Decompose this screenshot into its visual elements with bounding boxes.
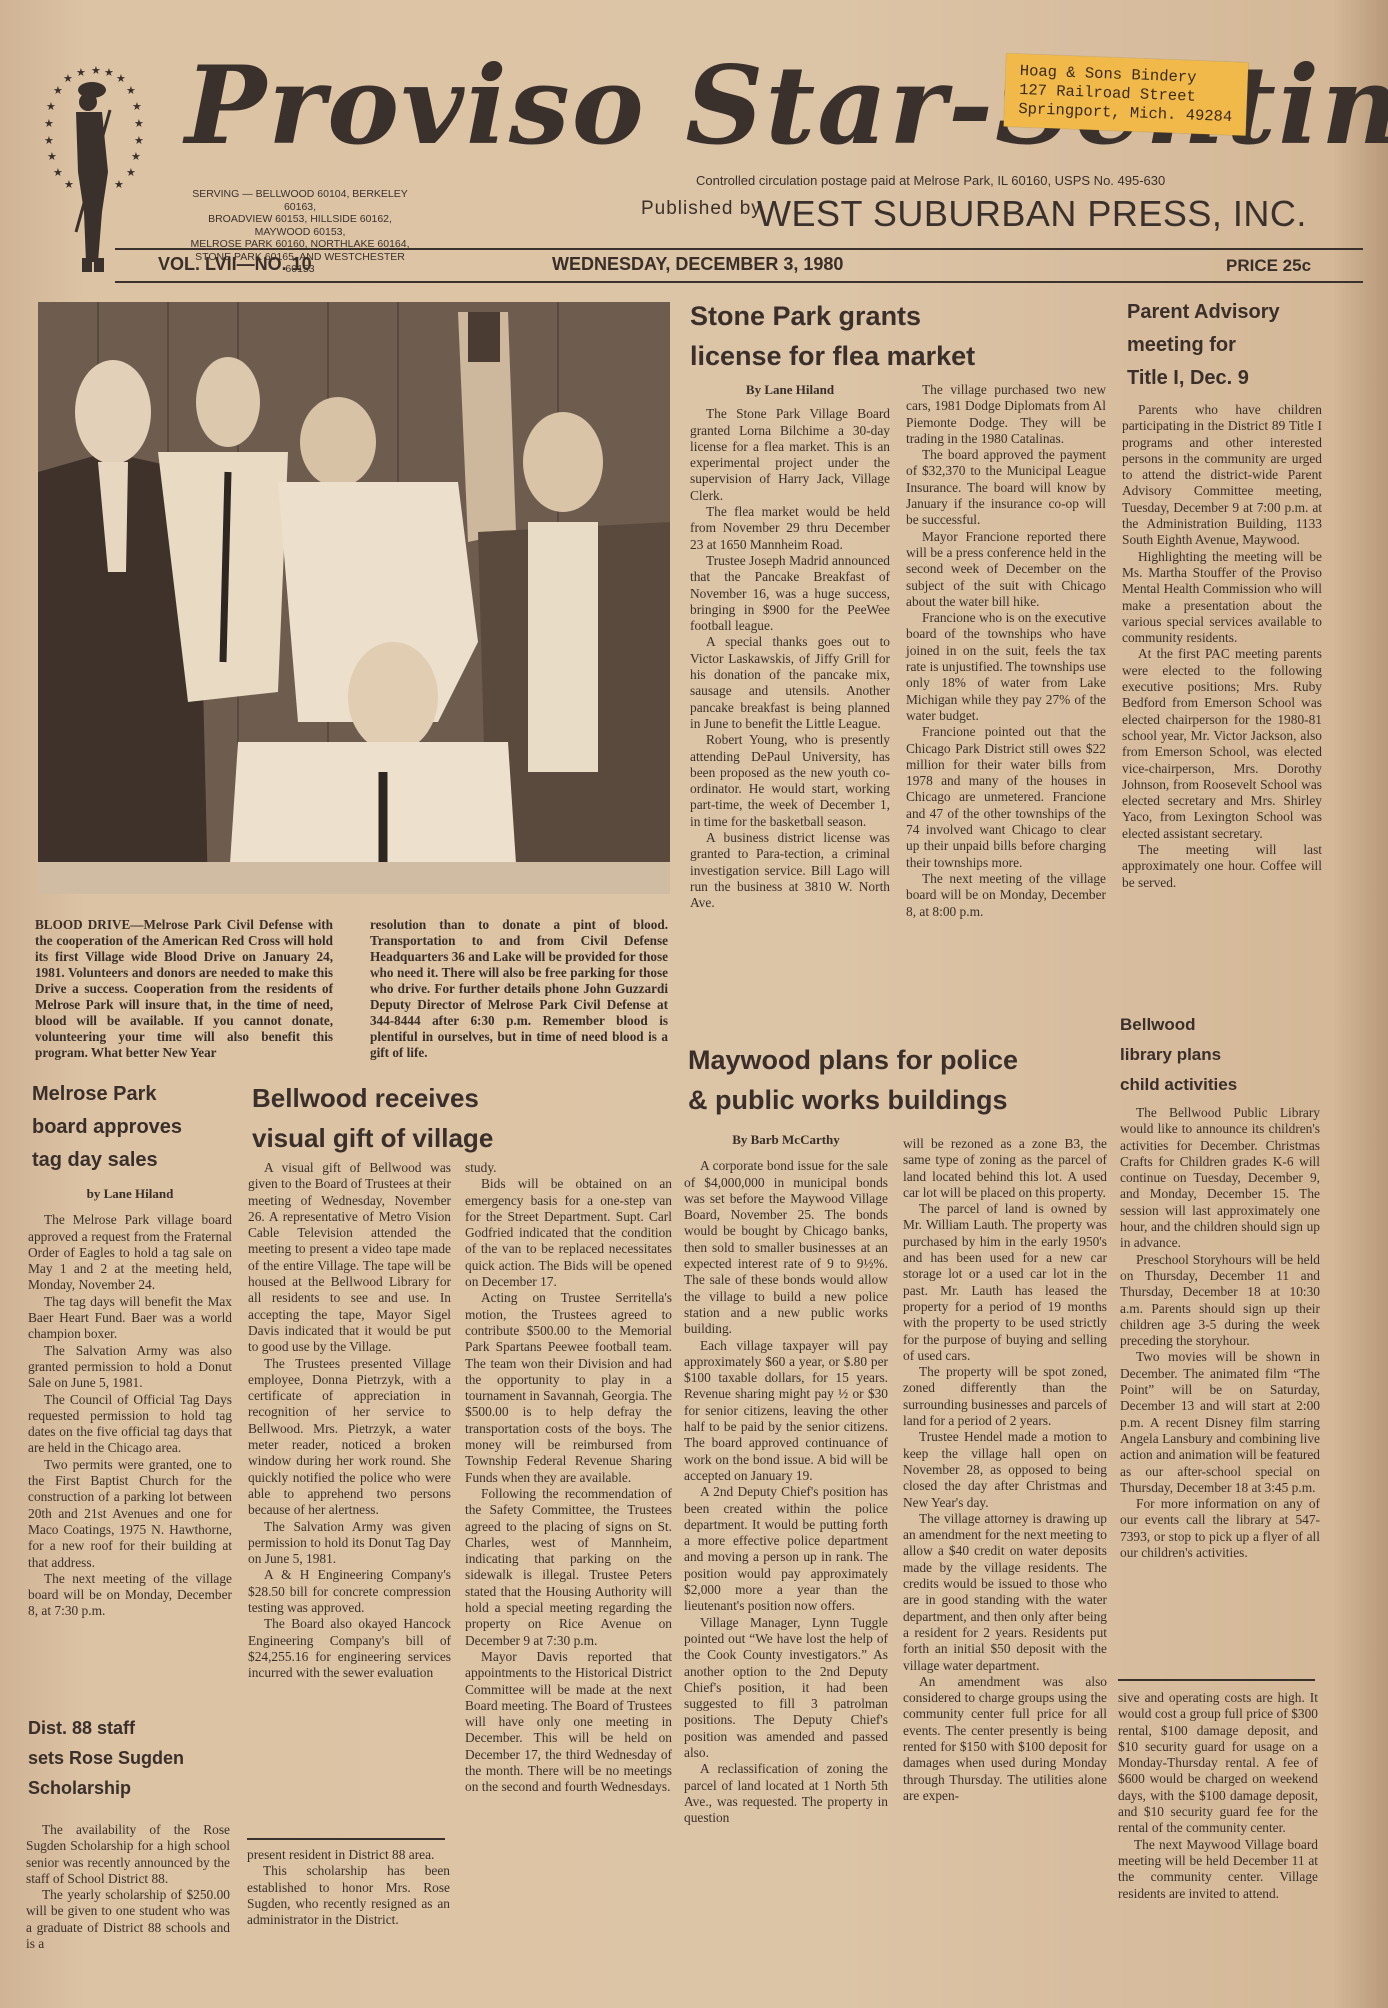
paragraph: The property will be spot zoned, zoned d… <box>903 1364 1107 1429</box>
stone-park-col2: The village purchased two new cars, 1981… <box>906 382 1106 920</box>
paragraph-continued: present resident in District 88 area. <box>247 1847 450 1863</box>
serving-line: BROADVIEW 60153, HILLSIDE 60162, MAYWOOD… <box>185 213 415 238</box>
paragraph: The Stone Park Village Board granted Lor… <box>690 406 890 504</box>
paragraph: A corporate bond issue for the sale of $… <box>684 1158 888 1337</box>
svg-text:★: ★ <box>44 134 54 147</box>
paragraph: The village attorney is drawing up an am… <box>903 1511 1107 1674</box>
svg-text:★: ★ <box>134 134 144 147</box>
volume-number: VOL. LVII—NO. 10 <box>158 254 312 275</box>
paragraph: Following the recommendation of the Safe… <box>465 1486 672 1649</box>
headline-line: child activities <box>1120 1075 1237 1094</box>
headline: Parent Advisory meeting for Title I, Dec… <box>1127 296 1327 395</box>
dist-88-continued: present resident in District 88 area. Th… <box>247 1847 450 1928</box>
paragraph: Village Manager, Lynn Tuggle pointed out… <box>684 1615 888 1762</box>
headline-line: Scholarship <box>28 1778 131 1798</box>
svg-text:★: ★ <box>46 100 56 113</box>
paragraph: Acting on Trustee Serritella's motion, t… <box>465 1290 672 1486</box>
headline-line: tag day sales <box>32 1149 158 1171</box>
svg-text:★: ★ <box>131 150 141 163</box>
byline: By Barb McCarthy <box>684 1132 888 1148</box>
paragraph-continued: study. <box>465 1160 672 1176</box>
svg-text:★: ★ <box>44 117 54 130</box>
serving-line: SERVING — BELLWOOD 60104, BERKELEY 60163… <box>185 188 415 213</box>
byline: By Lane Hiland <box>690 382 890 398</box>
paragraph: For more information on any of our event… <box>1120 1496 1320 1561</box>
paragraph: The next meeting of the village board wi… <box>906 871 1106 920</box>
paragraph: The tag days will benefit the Max Baer H… <box>28 1294 232 1343</box>
svg-text:★: ★ <box>53 166 63 179</box>
maywood-col2: will be rezoned as a zone B3, the same t… <box>903 1136 1107 1804</box>
paragraph: The flea market would be held from Novem… <box>690 504 890 553</box>
headline-line: library plans <box>1120 1045 1221 1064</box>
photo-caption-left: BLOOD DRIVE—Melrose Park Civil Defense w… <box>35 917 333 1061</box>
paragraph: A reclassification of zoning the parcel … <box>684 1761 888 1826</box>
headline: Bellwood library plans child activities <box>1120 1010 1320 1100</box>
published-by-label: Published by <box>641 198 762 220</box>
blood-drive-photo <box>38 302 670 894</box>
headline-line: & public works buildings <box>688 1085 1008 1115</box>
paragraph-continued: sive and operating costs are high. It wo… <box>1118 1690 1318 1837</box>
paragraph: The Council of Official Tag Days request… <box>28 1392 232 1457</box>
svg-text:★: ★ <box>76 66 86 79</box>
paragraph: Trustee Joseph Madrid announced that the… <box>690 553 890 634</box>
svg-text:★: ★ <box>126 84 136 97</box>
article-maywood: Maywood plans for police & public works … <box>688 1040 1108 1120</box>
paragraph: A business district license was granted … <box>690 830 890 911</box>
svg-text:★: ★ <box>53 84 63 97</box>
paragraph: This scholarship has been established to… <box>247 1863 450 1928</box>
svg-text:★: ★ <box>104 66 114 79</box>
masthead-top-rule <box>115 248 1363 250</box>
svg-text:★: ★ <box>116 72 126 85</box>
maywood-col3: sive and operating costs are high. It wo… <box>1118 1690 1318 1902</box>
headline: Maywood plans for police & public works … <box>688 1040 1108 1120</box>
headline: Dist. 88 staff sets Rose Sugden Scholars… <box>28 1713 243 1803</box>
paragraph: An amendment was also considered to char… <box>903 1674 1107 1804</box>
paragraph: The next meeting of the village board wi… <box>28 1571 232 1620</box>
column-divider-rule <box>1118 1679 1315 1681</box>
publisher-name: WEST SUBURBAN PRESS, INC. <box>757 193 1307 235</box>
article-bellwood-library: Bellwood library plans child activities <box>1120 1010 1320 1100</box>
maywood-col1: By Barb McCarthy A corporate bond issue … <box>684 1132 888 1826</box>
article-parent-advisory: Parent Advisory meeting for Title I, Dec… <box>1127 296 1327 395</box>
headline: Melrose Park board approves tag day sale… <box>32 1078 247 1177</box>
headline: Stone Park grants license for flea marke… <box>690 296 1100 376</box>
headline-line: sets Rose Sugden <box>28 1748 184 1768</box>
paragraph: Robert Young, who is presently attending… <box>690 732 890 830</box>
headline-line: visual gift of village <box>252 1123 493 1153</box>
paragraph: The Bellwood Public Library would like t… <box>1120 1105 1320 1252</box>
svg-text:★: ★ <box>114 178 124 191</box>
svg-text:★: ★ <box>47 150 57 163</box>
headline: Bellwood receives visual gift of village <box>252 1078 682 1158</box>
svg-text:★: ★ <box>91 64 101 77</box>
headline-line: Parent Advisory <box>1127 301 1280 323</box>
article-melrose-park: Melrose Park board approves tag day sale… <box>32 1078 247 1177</box>
dist-88-body: The availability of the Rose Sugden Scho… <box>26 1822 230 1952</box>
headline-line: Bellwood <box>1120 1015 1196 1034</box>
article-dist-88: Dist. 88 staff sets Rose Sugden Scholars… <box>28 1713 243 1803</box>
newspaper-page: ★★★ ★★ ★★ ★★ ★★ ★★ ★★ ★★ ★★ Proviso Sta <box>0 0 1388 2008</box>
paragraph: Highlighting the meeting will be Ms. Mar… <box>1122 549 1322 647</box>
headline-line: license for flea market <box>690 341 975 371</box>
photo-caption-right: resolution than to donate a pint of bloo… <box>370 917 668 1061</box>
bellwood-gift-col2: study. Bids will be obtained on an emerg… <box>465 1160 672 1796</box>
paragraph: Bids will be obtained on an emergency ba… <box>465 1176 672 1290</box>
paragraph: Francione who is on the executive board … <box>906 610 1106 724</box>
paragraph: Mayor Francione reported there will be a… <box>906 529 1106 610</box>
svg-text:★: ★ <box>126 166 136 179</box>
paragraph: Two permits were granted, one to the Fir… <box>28 1457 232 1571</box>
paragraph: Two movies will be shown in December. Th… <box>1120 1349 1320 1496</box>
article-stone-park: Stone Park grants license for flea marke… <box>690 296 1100 376</box>
paragraph: The Board also okayed Hancock Engineerin… <box>248 1616 451 1681</box>
headline-line: Melrose Park <box>32 1083 157 1105</box>
paragraph: The availability of the Rose Sugden Scho… <box>26 1822 230 1887</box>
paragraph: Mayor Davis reported that appointments t… <box>465 1649 672 1796</box>
headline-line: meeting for <box>1127 334 1236 356</box>
svg-text:★: ★ <box>64 178 74 191</box>
paragraph: Trustee Hendel made a motion to keep the… <box>903 1429 1107 1510</box>
paragraph: At the first PAC meeting parents were el… <box>1122 646 1322 842</box>
paragraph: A 2nd Deputy Chief's position has been c… <box>684 1484 888 1614</box>
price: PRICE 25c <box>1226 256 1311 276</box>
paragraph: The yearly scholarship of $250.00 will b… <box>26 1887 230 1952</box>
paragraph: Francione pointed out that the Chicago P… <box>906 724 1106 871</box>
svg-text:★: ★ <box>134 117 144 130</box>
headline-line: Bellwood receives <box>252 1083 479 1113</box>
paragraph: The Melrose Park village board approved … <box>28 1212 232 1293</box>
headline-line: Stone Park grants <box>690 301 921 331</box>
svg-text:★: ★ <box>132 100 142 113</box>
paragraph: The parcel of land is owned by Mr. Willi… <box>903 1201 1107 1364</box>
paragraph-continued: will be rezoned as a zone B3, the same t… <box>903 1136 1107 1201</box>
bellwood-gift-col1: A visual gift of Bellwood was given to t… <box>248 1160 451 1682</box>
paragraph: The Trustees presented Village employee,… <box>248 1356 451 1519</box>
bellwood-library-body: The Bellwood Public Library would like t… <box>1120 1105 1320 1561</box>
paragraph: The Salvation Army was given permission … <box>248 1519 451 1568</box>
paragraph: A visual gift of Bellwood was given to t… <box>248 1160 451 1356</box>
paragraph: A & H Engineering Company's $28.50 bill … <box>248 1567 451 1616</box>
paragraph: Parents who have children participating … <box>1122 402 1322 549</box>
headline-line: Maywood plans for police <box>688 1045 1018 1075</box>
paragraph: The board approved the payment of $32,37… <box>906 447 1106 528</box>
group-photo-image <box>38 302 670 894</box>
issue-date: WEDNESDAY, DECEMBER 3, 1980 <box>552 254 843 275</box>
headline-line: board approves <box>32 1116 182 1138</box>
byline: by Lane Hiland <box>28 1186 232 1202</box>
paragraph: Preschool Storyhours will be held on Thu… <box>1120 1252 1320 1350</box>
paragraph: The Salvation Army was also granted perm… <box>28 1343 232 1392</box>
parent-advisory-body: Parents who have children participating … <box>1122 402 1322 891</box>
paragraph: The village purchased two new cars, 1981… <box>906 382 1106 447</box>
headline-line: Dist. 88 staff <box>28 1718 135 1738</box>
headline-line: Title I, Dec. 9 <box>1127 367 1249 389</box>
column-divider-rule <box>247 1838 445 1840</box>
masthead-bottom-rule <box>115 281 1363 283</box>
article-bellwood-gift: Bellwood receives visual gift of village <box>252 1078 682 1158</box>
stone-park-col1: By Lane Hiland The Stone Park Village Bo… <box>690 382 890 912</box>
paragraph: The meeting will last approximately one … <box>1122 842 1322 891</box>
paragraph: The next Maywood Village board meeting w… <box>1118 1837 1318 1902</box>
svg-text:★: ★ <box>63 72 73 85</box>
postage-notice: Controlled circulation postage paid at M… <box>696 173 1165 188</box>
paragraph: A special thanks goes out to Victor Lask… <box>690 634 890 732</box>
mailing-label: Hoag & Sons Bindery 127 Railroad Street … <box>1004 53 1249 135</box>
melrose-park-body: by Lane Hiland The Melrose Park village … <box>28 1186 232 1620</box>
paragraph: Each village taxpayer will pay approxima… <box>684 1338 888 1485</box>
